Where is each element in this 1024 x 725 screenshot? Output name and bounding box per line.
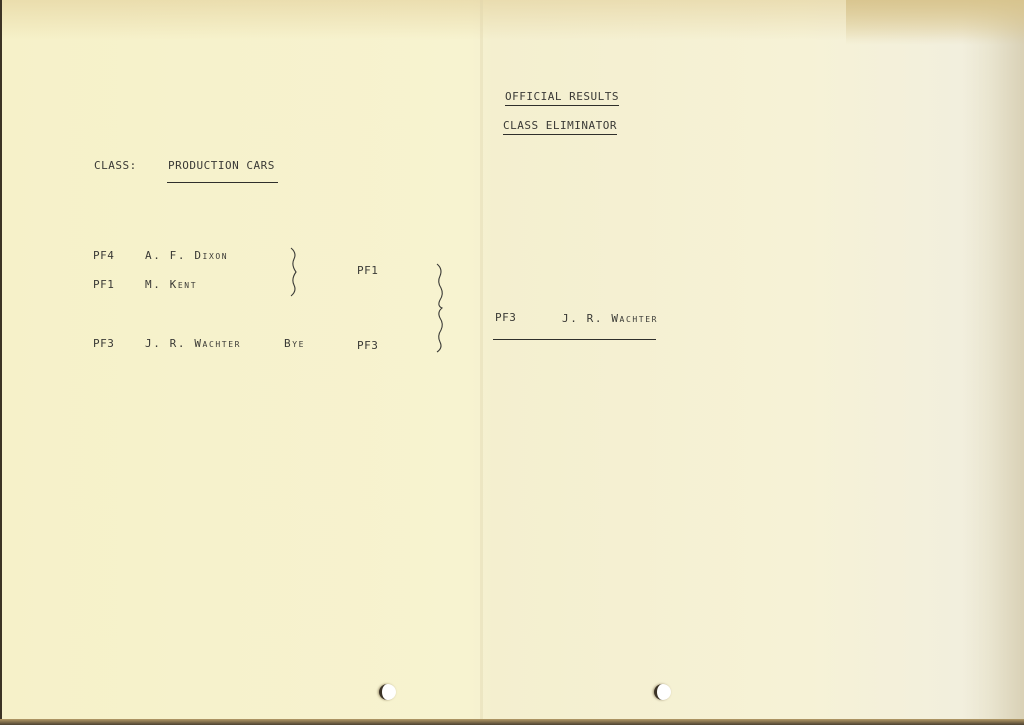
bracket-brace-icon: [434, 262, 448, 354]
scanned-page: OFFICIAL RESULTS CLASS ELIMINATOR CLASS:…: [0, 0, 1024, 719]
class-value: PRODUCTION CARS: [168, 160, 275, 172]
round1-driver: A. F. Dixon: [145, 250, 228, 262]
document-title: OFFICIAL RESULTS: [505, 91, 619, 106]
round2-number: PF1: [357, 265, 378, 277]
round1-number: PF4: [93, 250, 114, 262]
document-subtitle: CLASS ELIMINATOR: [503, 120, 617, 135]
round1-driver: J. R. Wachter: [145, 338, 241, 350]
bracket-brace-icon: [288, 246, 302, 298]
winner-driver: J. R. Wachter: [562, 313, 658, 325]
class-label: CLASS:: [94, 160, 137, 172]
punch-hole: [654, 684, 671, 700]
bye-note: Bye: [284, 338, 305, 350]
page-bottom-edge: [0, 719, 1024, 725]
winner-underline: [493, 339, 656, 340]
round2-number: PF3: [357, 340, 378, 352]
round1-number: PF1: [93, 279, 114, 291]
round1-number: PF3: [93, 338, 114, 350]
punch-hole: [379, 684, 396, 700]
page-fold: [480, 0, 483, 719]
round1-driver: M. Kent: [145, 279, 197, 291]
winner-number: PF3: [495, 312, 516, 324]
class-underline: [167, 182, 278, 183]
aged-corner: [846, 0, 1024, 45]
